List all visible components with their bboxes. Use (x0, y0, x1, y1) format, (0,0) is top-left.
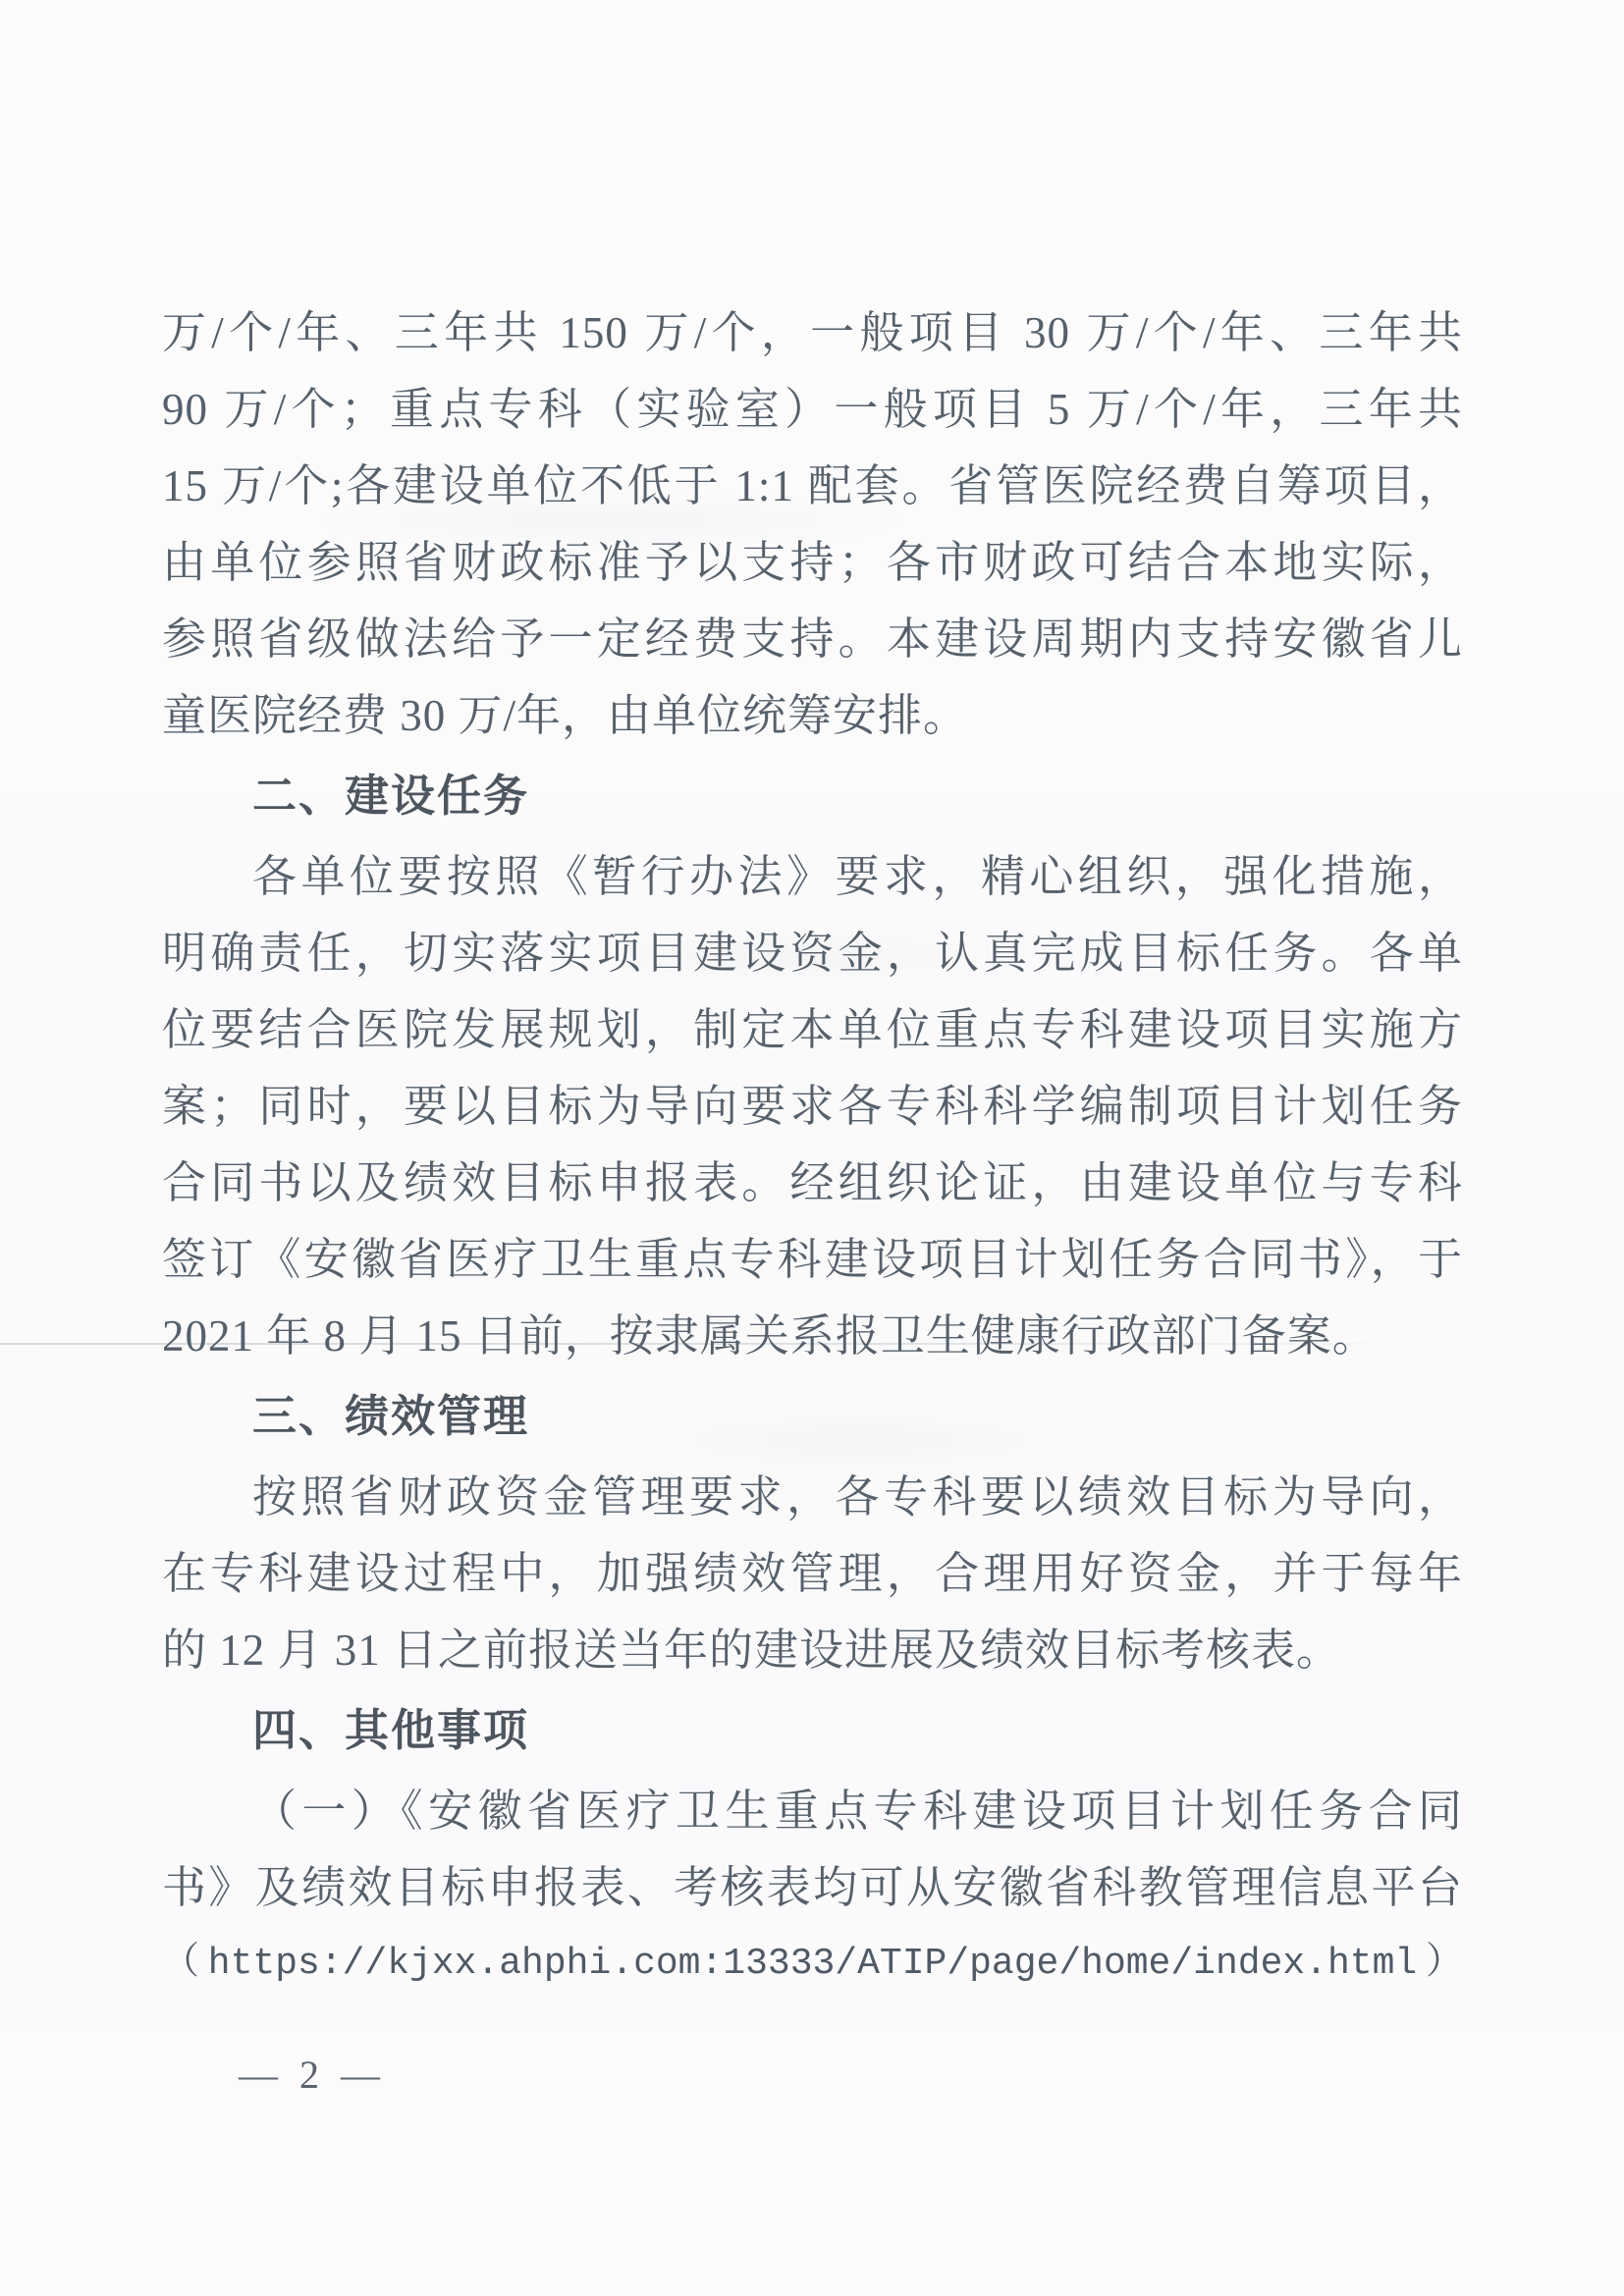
text-line: 童医院经费 30 万/年，由单位统筹安排。 (162, 677, 1463, 754)
text-line: 位要结合医院发展规划，制定本单位重点专科建设项目实施方 (162, 991, 1463, 1068)
text-line: 合同书以及绩效目标申报表。经组织论证，由建设单位与专科 (162, 1145, 1463, 1221)
text-line: 各单位要按照《暂行办法》要求，精心组织，强化措施， (162, 838, 1463, 915)
text-line: 万/个/年、三年共 150 万/个，一般项目 30 万/个/年、三年共 (162, 294, 1463, 371)
page-number: — 2 — (162, 2052, 1463, 2098)
text-line: 由单位参照省财政标准予以支持；各市财政可结合本地实际， (162, 524, 1463, 601)
text-line: （一）《安徽省医疗卫生重点专科建设项目计划任务合同 (162, 1773, 1463, 1849)
text-line: 的 12 月 31 日之前报送当年的建设进展及绩效目标考核表。 (162, 1612, 1463, 1688)
text-line: 2021 年 8 月 15 日前，按隶属关系报卫生健康行政部门备案。 (162, 1298, 1463, 1374)
text-line: 案；同时，要以目标为导向要求各专科科学编制项目计划任务 (162, 1068, 1463, 1145)
text-line: 签订《安徽省医疗卫生重点专科建设项目计划任务合同书》，于 (162, 1221, 1463, 1298)
text-line: 15 万/个;各建设单位不低于 1:1 配套。省管医院经费自筹项目， (162, 448, 1463, 524)
section-heading-construction-tasks: 二、建设任务 (162, 754, 1463, 838)
section-heading-other-matters: 四、其他事项 (162, 1688, 1463, 1773)
text-line: 按照省财政资金管理要求，各专科要以绩效目标为导向， (162, 1459, 1463, 1535)
document-body: 万/个/年、三年共 150 万/个，一般项目 30 万/个/年、三年共 90 万… (162, 294, 1463, 2098)
document-page: 万/个/年、三年共 150 万/个，一般项目 30 万/个/年、三年共 90 万… (0, 0, 1624, 2296)
section-heading-performance-management: 三、绩效管理 (162, 1374, 1463, 1459)
text-line: 书》及绩效目标申报表、考核表均可从安徽省科教管理信息平台 (162, 1849, 1463, 1926)
text-line: 90 万/个；重点专科（实验室）一般项目 5 万/个/年，三年共 (162, 371, 1463, 448)
text-line: 明确责任，切实落实项目建设资金，认真完成目标任务。各单 (162, 915, 1463, 991)
url-text: （https://kjxx.ahphi.com:13333/ATIP/page/… (162, 1926, 1463, 2002)
text-line: 在专科建设过程中，加强绩效管理，合理用好资金，并于每年 (162, 1535, 1463, 1612)
text-line: 参照省级做法给予一定经费支持。本建设周期内支持安徽省儿 (162, 601, 1463, 677)
